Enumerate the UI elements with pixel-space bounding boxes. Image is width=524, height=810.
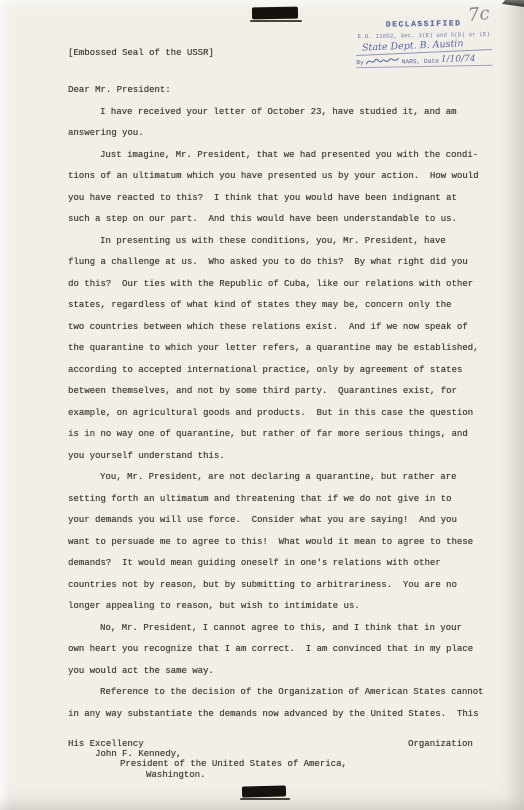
seal-note: [Embossed Seal of the USSR]	[68, 46, 214, 68]
addressee-line: His Excellency	[68, 739, 347, 749]
redaction-underline-bottom	[240, 798, 290, 800]
scanned-letter-page: 7c DECLASSIFIED E.O. 11652, Sec. 3(E) an…	[0, 0, 524, 810]
typed-line: Reference to the decision of the Organiz…	[68, 682, 498, 704]
paragraph: In presenting us with these conditions, …	[68, 231, 498, 468]
catchword-organization: Organization	[408, 739, 473, 749]
scan-edge-mark	[502, 0, 524, 7]
paragraph: Reference to the decision of the Organiz…	[68, 682, 498, 725]
addressee-line: Washington.	[146, 770, 347, 780]
typed-line: you have reacted to this? I think that y…	[68, 188, 498, 210]
paragraph: Just imagine, Mr. President, that we had…	[68, 145, 498, 231]
typed-line: states, regardless of what kind of state…	[68, 295, 498, 317]
typed-line: demands? It would mean guiding oneself i…	[68, 553, 498, 575]
typed-line: in any way substantiate the demands now …	[68, 704, 498, 726]
typed-line: setting forth an ultimatum and threateni…	[68, 489, 498, 511]
addressee-line: John F. Kennedy,	[95, 749, 347, 759]
typed-line: countries not by reason, but by submitti…	[68, 575, 498, 597]
redaction-mark-bottom	[242, 785, 286, 797]
typed-line: you yourself understand this.	[68, 446, 498, 468]
paragraph: You, Mr. President, are not declaring a …	[68, 467, 498, 618]
redaction-underline-top	[250, 20, 302, 22]
typed-line: I have received your letter of October 2…	[68, 102, 498, 124]
typed-line: you would act the same way.	[68, 661, 498, 683]
typed-line: want to persuade me to agree to this! Wh…	[68, 532, 498, 554]
typed-line: No, Mr. President, I cannot agree to thi…	[68, 618, 498, 640]
typed-line: example, on agricultural goods and produ…	[68, 403, 498, 425]
stamp-by-label: By	[356, 59, 364, 66]
declassified-stamp: DECLASSIFIED E.O. 11652, Sec. 3(E) and 5…	[356, 19, 493, 68]
typed-line: answering you.	[68, 123, 498, 145]
letter-paragraphs: I have received your letter of October 2…	[68, 102, 498, 726]
illegible-signature-icon	[366, 55, 400, 67]
typed-line: such a step on our part. And this would …	[68, 209, 498, 231]
stamp-authority-handwritten: State Dept. B. Austin	[356, 37, 492, 56]
typed-line: between themselves, and not by some thir…	[68, 381, 498, 403]
paragraph: I have received your letter of October 2…	[68, 102, 498, 145]
typed-line: do this? Our ties with the Republic of C…	[68, 274, 498, 296]
typed-line: flung a challenge at us. Who asked you t…	[68, 252, 498, 274]
typed-line: two countries between which these relati…	[68, 317, 498, 339]
typed-line: tions of an ultimatum which you have pre…	[68, 166, 498, 188]
addressee-line: President of the United States of Americ…	[120, 759, 347, 769]
typed-line: In presenting us with these conditions, …	[68, 231, 498, 253]
typed-line: your demands you will use force. Conside…	[68, 510, 498, 532]
stamp-date-handwritten: 1/10/74	[441, 54, 476, 65]
stamp-title: DECLASSIFIED	[356, 19, 492, 30]
typed-line: according to accepted international prac…	[68, 360, 498, 382]
typed-line: is in no way one of quarantine, but rath…	[68, 424, 498, 446]
stamp-nars-date-label: NARS, Date	[402, 58, 439, 66]
letter-body: Dear Mr. President: I have received your…	[68, 80, 498, 725]
typed-line: Just imagine, Mr. President, that we had…	[68, 145, 498, 167]
salutation: Dear Mr. President:	[68, 80, 498, 102]
typed-line: own heart you recognize that I am correc…	[68, 639, 498, 661]
paragraph: No, Mr. President, I cannot agree to thi…	[68, 618, 498, 683]
redaction-mark-top	[252, 7, 298, 20]
typed-line: longer appealing to reason, but wish to …	[68, 596, 498, 618]
typed-line: the quarantine to which your letter refe…	[68, 338, 498, 360]
stamp-by-row: By NARS, Date 1/10/74	[356, 54, 492, 68]
typed-line: You, Mr. President, are not declaring a …	[68, 467, 498, 489]
addressee-block: His Excellency John F. Kennedy, Presiden…	[68, 739, 347, 780]
